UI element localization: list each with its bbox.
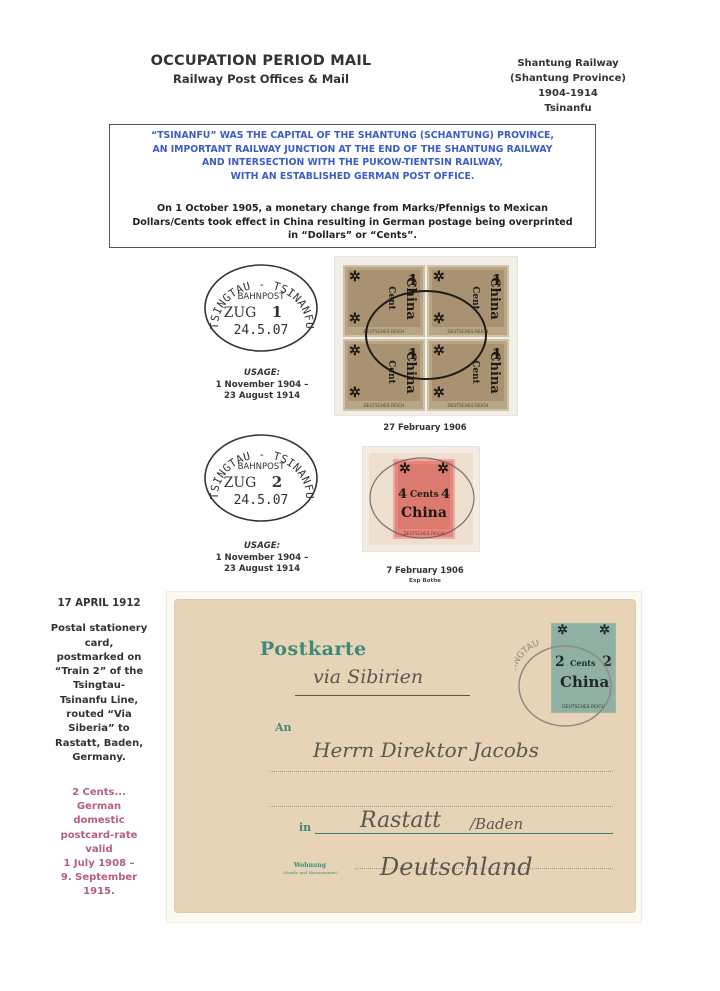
handwriting-region: /Baden [470,815,523,833]
info-line: AN IMPORTANT RAILWAY JUNCTION AT THE END… [110,143,595,157]
postcard-cancel-icon: TSINGTAU [515,640,615,730]
handwriting-country: Deutschland [380,853,533,881]
label-in: in [299,821,311,834]
info-line: in “Dollars” or “Cents”. [110,229,595,243]
label-an: An [275,721,292,734]
postmark-zug-2: TSINGTAU - TSINANFU BAHNPOST ZUG 2 24.5.… [202,432,320,524]
side-heading-line: (Shantung Province) [488,71,648,86]
info-box-history: “TSINANFU” WAS THE CAPITAL OF THE SHANTU… [110,129,595,183]
svg-text:2: 2 [272,473,282,491]
route-underline [295,695,470,696]
info-line: Dollars/Cents took effect in China resul… [110,216,595,230]
side-heading-line: 1904-1914 [488,86,648,101]
usage-from: 1 November 1904 – [212,553,312,565]
stamp-block-of-four: ✲✲1CentChinaDEUTSCHES REICH✲✲1CentChinaD… [334,256,518,416]
page-subtitle: Railway Post Offices & Mail [120,72,402,86]
cancel-mark-icon [361,285,491,385]
postmark-oval-icon: TSINGTAU - TSINANFU BAHNPOST ZUG 2 24.5.… [202,432,320,524]
expert-signature: Exp Bothe [360,578,490,584]
rate-line: postcard-rate [40,829,158,843]
usage-caption-2: USAGE: 1 November 1904 – 23 August 1914 [212,541,312,576]
address-line [270,771,613,772]
address-line [270,806,613,807]
handwriting-recipient: Herrn Direktor Jacobs [313,738,539,762]
svg-text:TSINGTAU - TSINANFU: TSINGTAU - TSINANFU [208,448,316,499]
handwriting-route: via Sibirien [313,666,423,688]
rate-line: 9. September [40,871,158,885]
svg-text:ZUG: ZUG [224,305,257,321]
address-line-city [315,833,613,834]
page-title: OCCUPATION PERIOD MAIL [120,53,402,69]
description-line: Postal stationery [40,622,158,636]
description-line: Tsinanfu Line, [40,694,158,708]
svg-text:BAHNPOST: BAHNPOST [238,462,286,472]
side-heading-line: Shantung Railway [488,56,648,71]
description-line: card, [40,637,158,651]
cancel-mark-icon [367,453,477,543]
usage-label: USAGE: [212,541,312,553]
rate-line: 1 July 1908 – [40,857,158,871]
usage-to: 23 August 1914 [212,391,312,403]
info-line: WITH AN ESTABLISHED GERMAN POST OFFICE. [110,170,595,184]
postcard-heading: Postkarte [260,638,367,660]
usage-label: USAGE: [212,368,312,380]
svg-text:BAHNPOST: BAHNPOST [238,292,286,302]
description-line: Rastatt, Baden, [40,737,158,751]
svg-text:TSINGTAU - TSINANFU: TSINGTAU - TSINANFU [208,278,316,329]
postmark-oval-icon: TSINGTAU - TSINANFU BAHNPOST ZUG 1 24.5.… [202,262,320,354]
side-heading: Shantung Railway (Shantung Province) 190… [488,56,648,116]
postcard: Postkarte An in Wohnung (Straße und Haus… [175,600,635,912]
description-line: routed “Via [40,708,158,722]
description-line: “Train 2” of the [40,665,158,679]
usage-to: 23 August 1914 [212,564,312,576]
svg-text:24.5.07: 24.5.07 [234,323,289,338]
postmark-zug-1: TSINGTAU - TSINANFU BAHNPOST ZUG 1 24.5.… [202,262,320,354]
stamp-single-on-piece: ✲ ✲ 4 Cents 4 China DEUTSCHES REICH [362,446,480,552]
svg-text:1: 1 [272,303,282,321]
info-box: “TSINANFU” WAS THE CAPITAL OF THE SHANTU… [109,124,596,248]
rate-line: 1915. [40,885,158,899]
svg-text:TSINGTAU: TSINGTAU [515,640,541,680]
rate-note: 2 Cents... German domestic postcard-rate… [40,786,158,900]
rate-line: German [40,800,158,814]
description-line: Tsingtau- [40,679,158,693]
usage-from: 1 November 1904 – [212,380,312,392]
description-line: postmarked on [40,651,158,665]
postcard-date: 17 APRIL 1912 [40,597,158,611]
rate-line: domestic [40,814,158,828]
label-wohnung: Wohnung [294,862,326,869]
stamp-single-date: 7 February 1906 [360,565,490,575]
handwriting-city: Rastatt [360,808,441,833]
description-line: Siberia” to [40,722,158,736]
label-wohnung-sub: (Straße und Hausnummer) [283,870,338,875]
postcard-description: 17 APRIL 1912 Postal stationery card, po… [40,597,158,765]
info-line: On 1 October 1905, a monetary change fro… [110,202,595,216]
description-line: Germany. [40,751,158,765]
svg-text:ZUG: ZUG [224,475,257,491]
info-line: AND INTERSECTION WITH THE PUKOW-TIENTSIN… [110,156,595,170]
info-line: “TSINANFU” WAS THE CAPITAL OF THE SHANTU… [110,129,595,143]
side-heading-line: Tsinanfu [488,101,648,116]
info-box-currency: On 1 October 1905, a monetary change fro… [110,202,595,243]
rate-line: valid [40,843,158,857]
rate-line: 2 Cents... [40,786,158,800]
stamp-block-date: 27 February 1906 [360,422,490,432]
usage-caption-1: USAGE: 1 November 1904 – 23 August 1914 [212,368,312,403]
svg-text:24.5.07: 24.5.07 [234,493,289,508]
